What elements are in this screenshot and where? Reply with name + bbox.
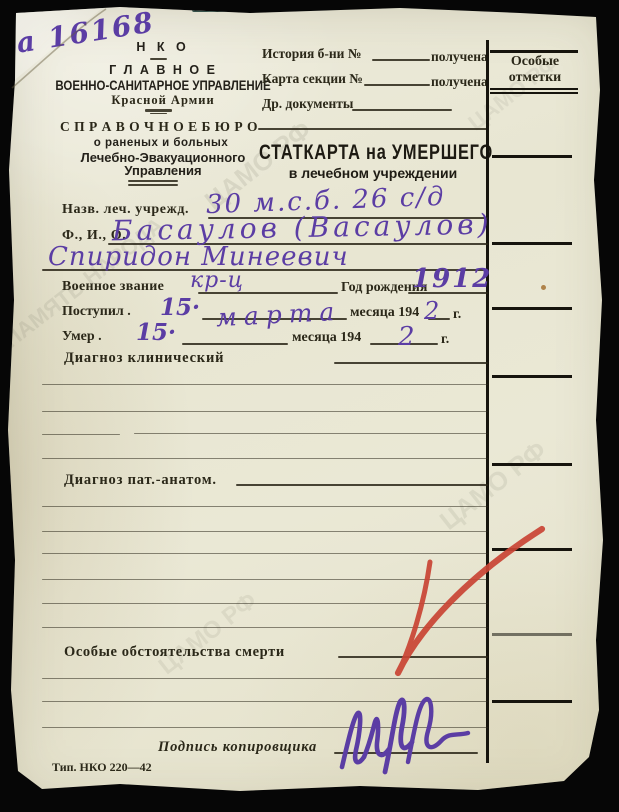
fill-line bbox=[338, 656, 488, 658]
org-header-glavnoe: Г Л А В Н О Е bbox=[109, 64, 217, 77]
blank-line bbox=[42, 531, 488, 532]
clinical-diagnosis-label: Диагноз клинический bbox=[64, 351, 224, 366]
pathoanatomical-diagnosis-label: Диагноз пат.-анатом. bbox=[64, 473, 217, 488]
column-rule bbox=[490, 92, 578, 94]
cell-rule bbox=[492, 307, 572, 310]
document-page: ЦАМО РФ ПАМЯТЬ НАРОДА ЦАМО РФ ЦАМО РФ ЦА… bbox=[0, 0, 619, 812]
special-marks-header-line2: отметки bbox=[509, 71, 561, 85]
blank-line bbox=[42, 553, 488, 554]
scan-artifact bbox=[192, 6, 266, 12]
death-circumstances-label: Особые обстоятельства смерти bbox=[64, 645, 285, 660]
cell-rule bbox=[492, 155, 572, 158]
admitted-year-suffix: г. bbox=[453, 308, 461, 322]
blank-line bbox=[42, 384, 488, 385]
blank-line bbox=[42, 579, 488, 580]
blank-line bbox=[42, 678, 488, 679]
blank-line bbox=[42, 627, 488, 628]
surname-handwriting: Басаулов (Васаулов) bbox=[112, 211, 493, 246]
fill-line bbox=[364, 84, 430, 86]
blank-line bbox=[42, 727, 488, 728]
section-card-received-label: получена bbox=[431, 75, 488, 89]
org-header-evacuation-line2: Управления bbox=[124, 164, 201, 177]
blank-line bbox=[42, 458, 488, 459]
died-year-suffix: г. bbox=[441, 333, 449, 347]
fill-line bbox=[334, 752, 478, 754]
cell-rule bbox=[492, 375, 572, 378]
other-documents-label: Др. документы bbox=[262, 97, 353, 111]
blank-line bbox=[134, 433, 488, 434]
military-rank-label: Военное звание bbox=[62, 280, 164, 294]
org-header-wounded-and-sick: о раненых и больных bbox=[94, 138, 228, 150]
document-title: СТАТКАРТА на УМЕРШЕГО bbox=[259, 142, 493, 163]
fill-line bbox=[334, 362, 488, 364]
org-header-red-army: Красной Армии bbox=[111, 94, 214, 107]
admitted-label: Поступил . bbox=[62, 305, 131, 319]
document-subtitle: в лечебном учреждении bbox=[289, 166, 457, 180]
blank-line bbox=[42, 701, 488, 702]
history-of-illness-label: История б-ни № bbox=[262, 47, 361, 61]
admitted-month-printed: месяца 194 bbox=[350, 306, 419, 320]
patronymic-handwriting: Спиридон Минеевич bbox=[48, 244, 349, 270]
org-header-nko: Н К О bbox=[136, 41, 189, 54]
cell-rule bbox=[492, 633, 572, 636]
history-received-label: получена bbox=[431, 50, 488, 64]
died-day-handwriting: 15· bbox=[136, 321, 176, 344]
blank-line bbox=[42, 603, 488, 604]
died-year-digit-handwriting: 2 bbox=[398, 324, 415, 350]
died-month-printed: месяца 194 bbox=[292, 331, 361, 345]
rule bbox=[145, 109, 172, 112]
died-label: Умер . bbox=[62, 330, 102, 344]
fill-line bbox=[182, 343, 288, 345]
scanned-document-background: ЦАМО РФ ПАМЯТЬ НАРОДА ЦАМО РФ ЦАМО РФ ЦА… bbox=[0, 0, 619, 812]
admitted-year-digit-handwriting: 2 bbox=[424, 299, 439, 323]
org-header-information-bureau: С П Р А В О Ч Н О Е Б Ю Р О bbox=[60, 120, 258, 134]
archive-watermark: ЦАМО РФ bbox=[154, 587, 263, 681]
column-divider-rule bbox=[486, 40, 489, 763]
birth-year-handwriting: 1912 bbox=[412, 266, 492, 292]
column-rule bbox=[490, 88, 578, 90]
column-rule bbox=[490, 50, 578, 53]
fill-line bbox=[372, 59, 430, 61]
admitted-day-handwriting: 15· bbox=[160, 296, 200, 319]
blank-line bbox=[42, 506, 488, 507]
cell-rule bbox=[492, 463, 572, 466]
rank-value-handwriting: кр-ц bbox=[190, 270, 244, 292]
rule bbox=[150, 58, 167, 60]
paper-stain bbox=[541, 285, 546, 290]
rule bbox=[150, 113, 167, 114]
section-card-label: Карта секции № bbox=[262, 72, 363, 86]
org-header-military-sanitary-directorate: ВОЕННО-САНИТАРНОЕ УПРАВЛЕНИЕ bbox=[55, 79, 270, 93]
blank-line bbox=[42, 434, 120, 435]
paper-stain bbox=[6, 738, 15, 754]
separator-rule bbox=[258, 128, 488, 130]
fill-line bbox=[236, 484, 488, 486]
cell-rule bbox=[492, 242, 572, 245]
cell-rule bbox=[492, 700, 572, 703]
fill-line bbox=[352, 109, 452, 111]
rule bbox=[128, 184, 178, 186]
admitted-month-handwriting: марта bbox=[215, 299, 341, 331]
copyist-signature-label: Подпись копировщика bbox=[158, 740, 317, 755]
print-imprint: Тип. НКО 220—42 bbox=[52, 761, 152, 773]
blank-line bbox=[42, 411, 488, 412]
cell-rule bbox=[492, 548, 572, 551]
rule bbox=[128, 180, 178, 182]
special-marks-header-line1: Особые bbox=[511, 55, 559, 69]
